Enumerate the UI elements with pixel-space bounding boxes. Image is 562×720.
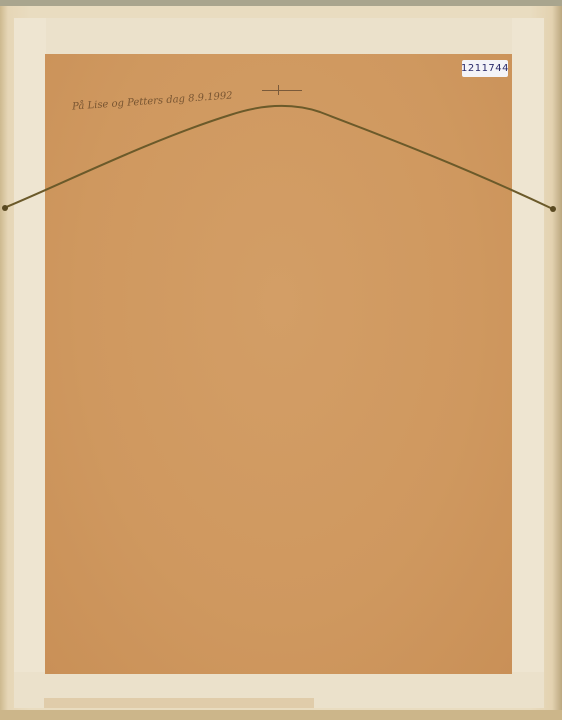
hanging-wire: [0, 0, 562, 720]
wire-hook-left: [2, 205, 8, 211]
wire-hook-right: [550, 206, 556, 212]
